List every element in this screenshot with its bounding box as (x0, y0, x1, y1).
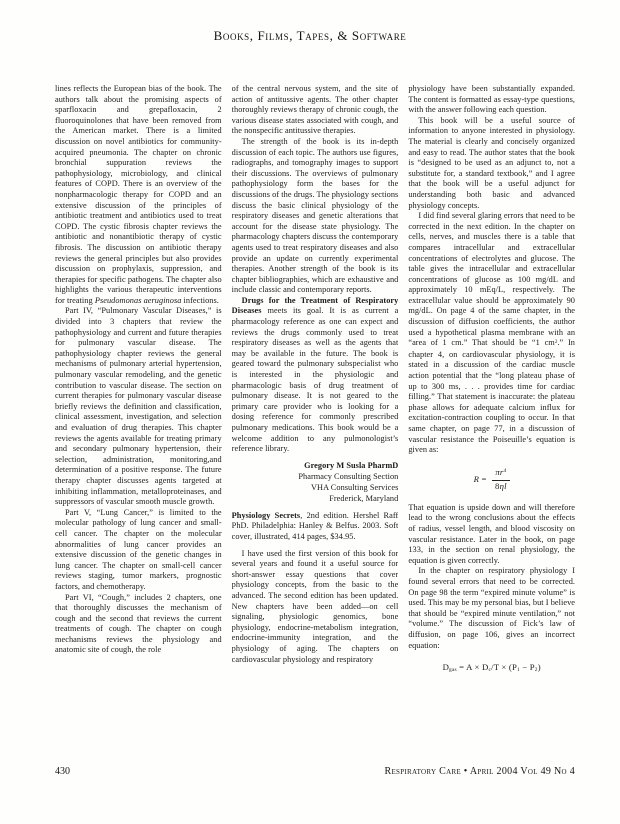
paragraph: That equation is upside down and will th… (408, 503, 575, 567)
paragraph: Part VI, “Cough,” includes 2 chapters, o… (55, 593, 222, 657)
columns-container: lines reflects the European bias of the … (55, 84, 575, 762)
equation-lhs: R = (474, 474, 489, 485)
page-number: 430 (55, 766, 70, 777)
signature-line: Pharmacy Consulting Section (232, 471, 399, 482)
column-middle: of the central nervous system, and the s… (232, 84, 399, 762)
text-run: This book will be a useful source of inf… (408, 116, 575, 210)
paragraph: Drugs for the Treatment of Respiratory D… (232, 296, 399, 455)
text-run: ) (538, 662, 541, 672)
paragraph: I have used the first version of this bo… (232, 549, 399, 666)
book-citation: Physiology Secrets, 2nd edition. Hershel… (232, 511, 399, 543)
paragraph: of the central nervous system, and the s… (232, 84, 399, 137)
poiseuille-equation: R = πr48ηl (408, 467, 575, 492)
text-run: 1 (517, 667, 520, 673)
page-footer: 430 Respiratory Care • April 2004 Vol 49… (55, 766, 575, 777)
column-right: physiology have been substantially expan… (408, 84, 575, 762)
text-run: physiology have been substantially expan… (408, 84, 575, 114)
text-run: gas (449, 667, 457, 673)
text-run: Physiology Secrets (232, 511, 301, 520)
paragraph: In the chapter on respiratory physiology… (408, 566, 575, 651)
text-run: = A × D (457, 662, 489, 672)
text-run: I have used the first version of this bo… (232, 549, 399, 664)
text-run: Pseudomonas aeruginosa (95, 296, 182, 305)
text-run: = (479, 474, 489, 484)
reviewer-signature: Gregory M Susla PharmDPharmacy Consultin… (232, 460, 399, 504)
text-run: meets its goal. It is as current a pharm… (232, 306, 399, 453)
paragraph: This book will be a useful source of inf… (408, 116, 575, 211)
text-run: 2 (535, 667, 538, 673)
text-run: The strength of the book is its in-depth… (232, 137, 399, 294)
text-run: Part VI, “Cough,” includes 2 chapters, o… (55, 593, 222, 655)
column-left: lines reflects the European bias of the … (55, 84, 222, 762)
text-run: c (489, 667, 492, 673)
signature-line: Gregory M Susla PharmD (232, 460, 399, 471)
text-run: .” In chapter 4, on cardiovascular physi… (408, 338, 575, 454)
fick-equation: Dgas = A × Dc/T × (P1 − P2) (408, 662, 575, 675)
text-run: lines reflects the European bias of the … (55, 84, 222, 305)
paragraph: Part V, “Lung Cancer,” is limited to the… (55, 508, 222, 593)
fraction: πr48ηl (492, 467, 510, 492)
paragraph: Part IV, “Pulmonary Vascular Diseases,” … (55, 306, 222, 507)
text-run: Part V, “Lung Cancer,” is limited to the… (55, 508, 222, 591)
text-run: In the chapter on respiratory physiology… (408, 566, 575, 649)
signature-line: Frederick, Maryland (232, 493, 399, 504)
text-run: 4 (503, 468, 506, 474)
text-run: I did find several glaring errors that n… (408, 211, 575, 347)
journal-citation: Respiratory Care • April 2004 Vol 49 No … (384, 766, 575, 777)
signature-line: VHA Consulting Services (232, 482, 399, 493)
journal-page: Books, Films, Tapes, & Software lines re… (0, 0, 620, 824)
text-run: Part IV, “Pulmonary Vascular Diseases,” … (55, 306, 222, 506)
text-run: That equation is upside down and will th… (408, 503, 575, 565)
text-run: ηl (500, 481, 507, 491)
text-run: − P (520, 662, 535, 672)
paragraph: physiology have been substantially expan… (408, 84, 575, 116)
page-header-title: Books, Films, Tapes, & Software (0, 28, 620, 44)
paragraph: The strength of the book is its in-depth… (232, 137, 399, 296)
paragraph: lines reflects the European bias of the … (55, 84, 222, 306)
text-run: of the central nervous system, and the s… (232, 84, 399, 135)
fraction-numerator: πr4 (492, 467, 510, 480)
paragraph: I did find several glaring errors that n… (408, 211, 575, 456)
text-run: /T × (P (491, 662, 517, 672)
fraction-denominator: 8ηl (492, 480, 510, 492)
text-run: infections. (181, 296, 218, 305)
